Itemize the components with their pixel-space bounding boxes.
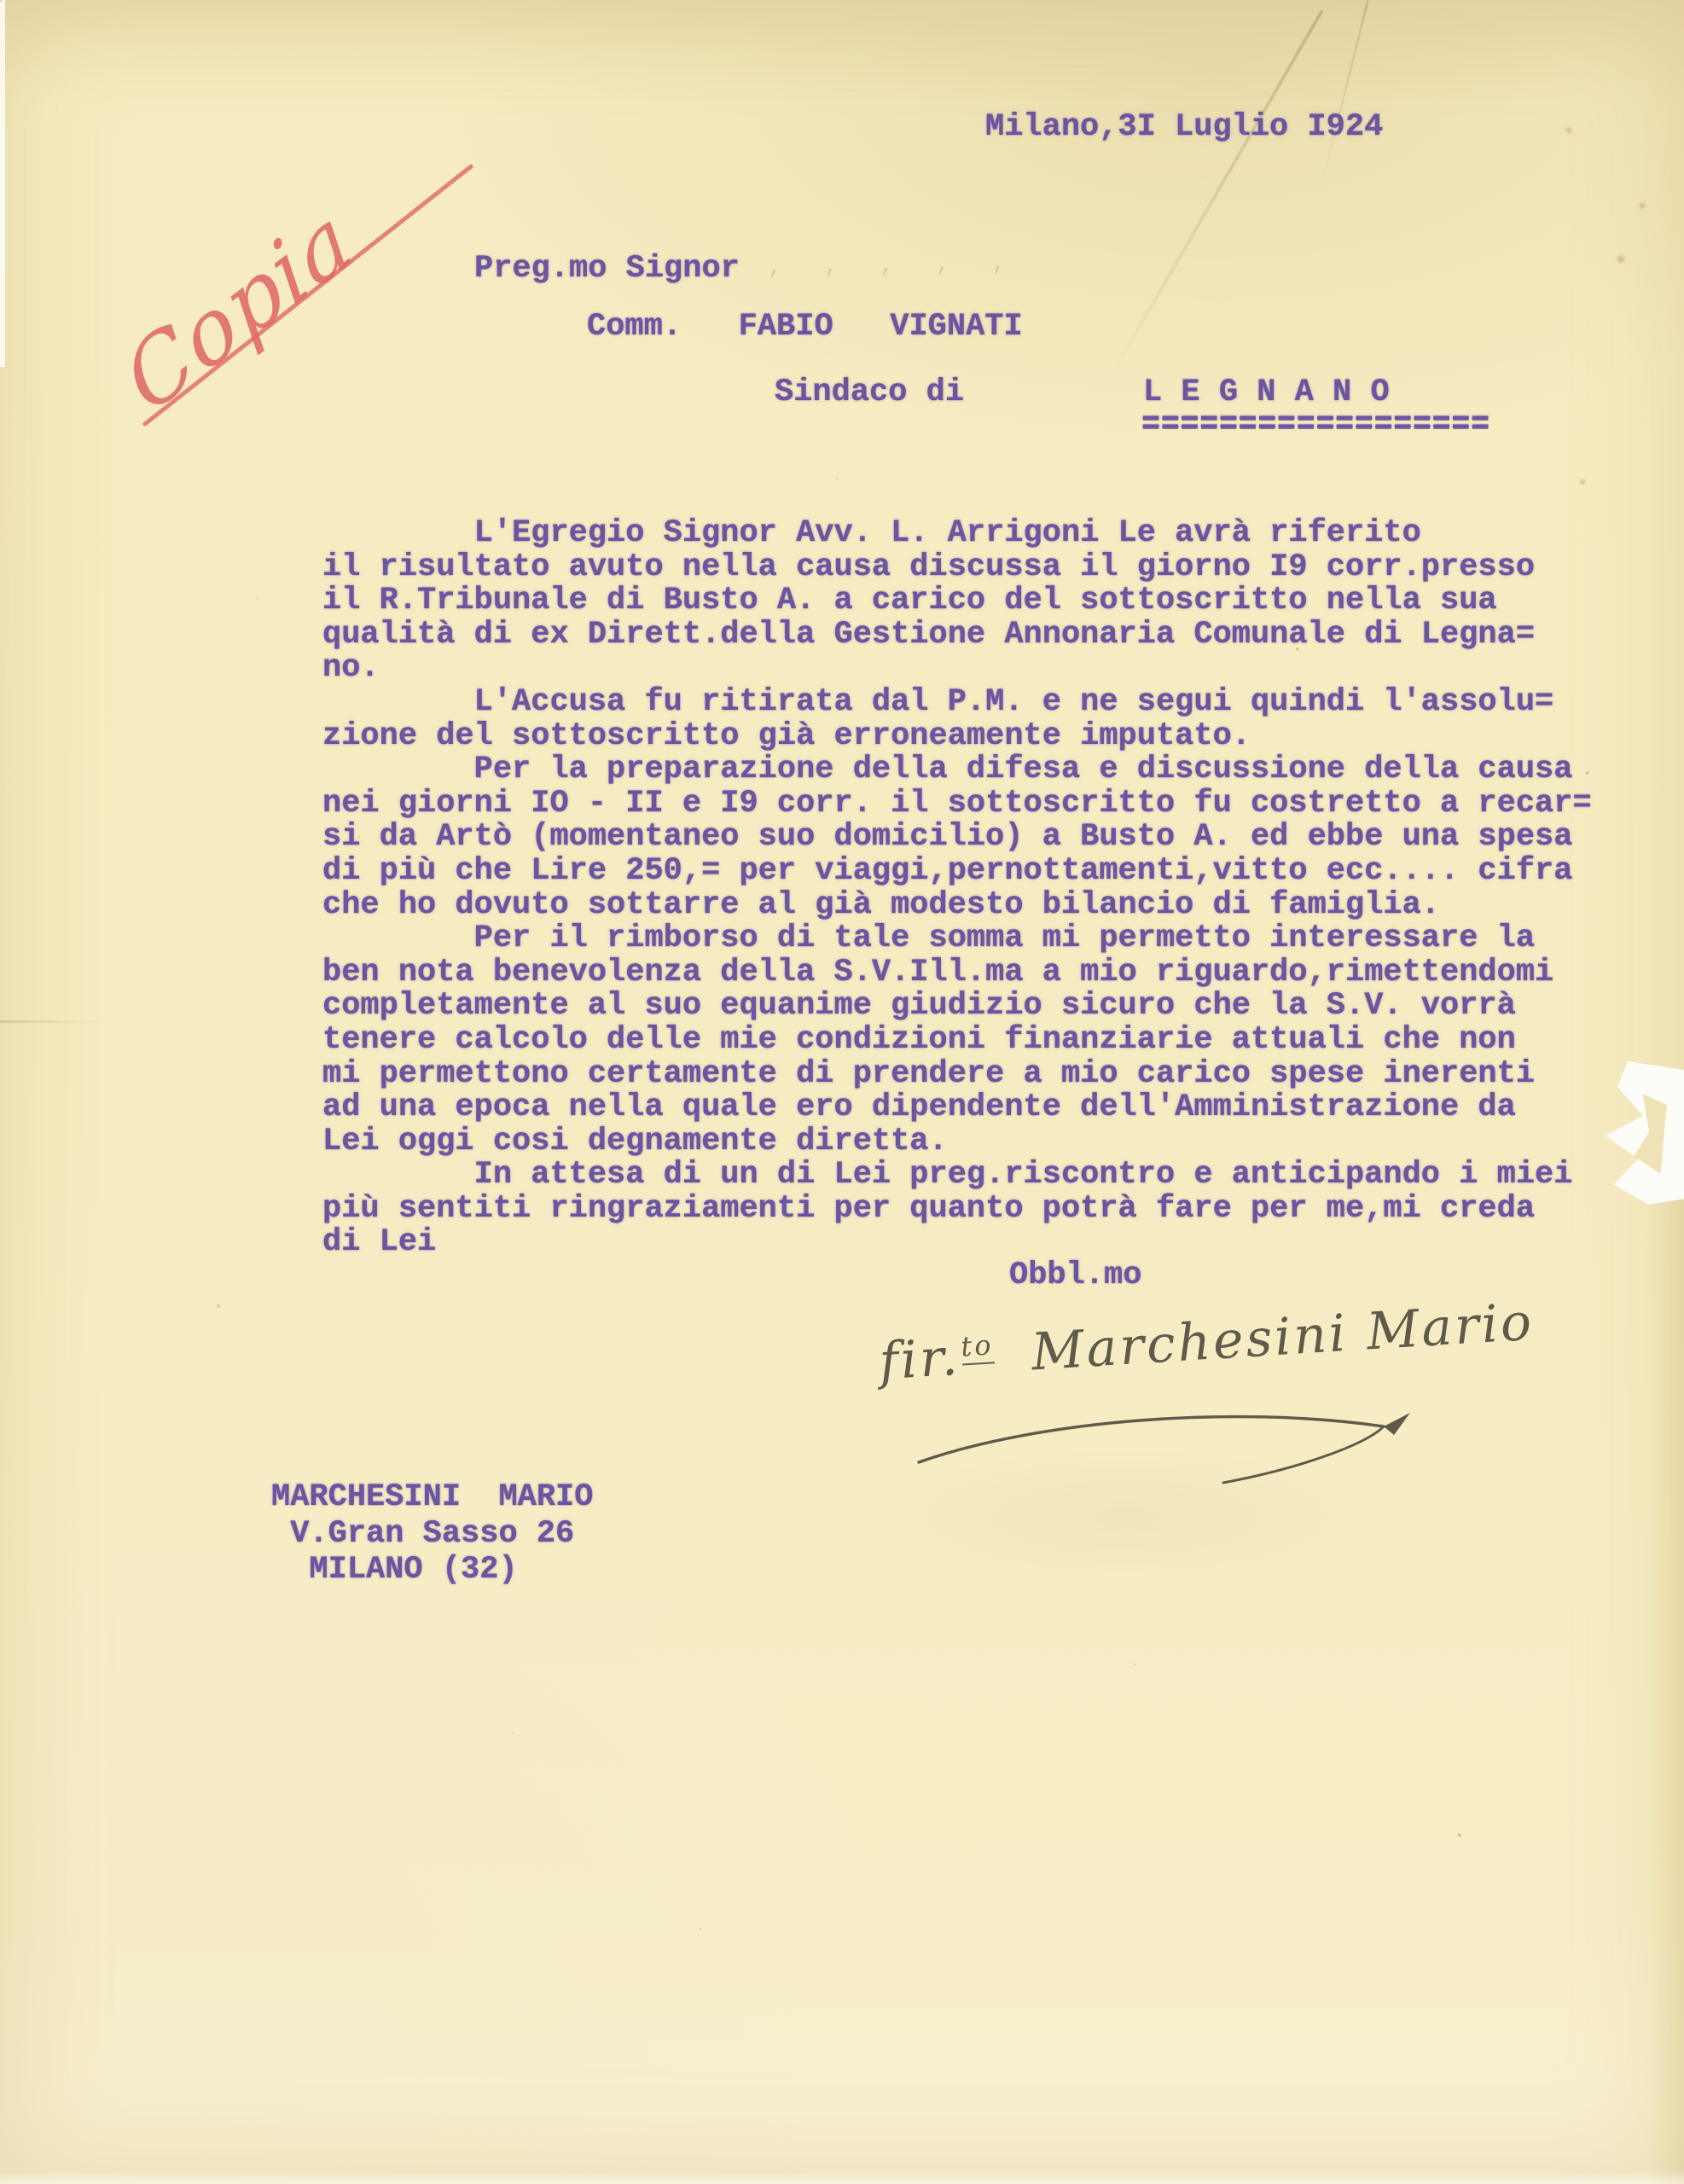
paper-speckles (0, 0, 2, 2)
paper-crease (1107, 9, 1323, 380)
letter-scan: Copia Milano,3I Luglio I924 Preg.mo Sign… (0, 0, 1684, 2184)
copia-handwritten-stamp: Copia (109, 186, 369, 434)
paper-tear (1599, 1061, 1684, 1205)
letter-body: L'Egregio Signor Avv. L. Arrigoni Le avr… (322, 517, 1592, 1260)
paper-crease (0, 1020, 102, 1023)
foxing-spot (1580, 479, 1585, 485)
signature-flourish (897, 1384, 1469, 1520)
recipient-name: Comm. FABIO VIGNATI (587, 311, 1023, 345)
paper-edge-shading (1646, 1177, 1684, 2184)
sender-address-block: MARCHESINI MARIO V.Gran Sasso 26 MILANO … (271, 1479, 593, 1589)
city-underline: ================== (1141, 409, 1490, 443)
recipient-salutation: Preg.mo Signor (474, 253, 740, 287)
foxing-spot (1640, 203, 1645, 208)
recipient-city: L E G N A N O (1143, 376, 1390, 410)
signature-handwriting: fir.to Marchesini Mario (878, 1292, 1536, 1392)
recipient-title: Sindaco di (775, 376, 964, 410)
paper-crease (1321, 0, 1371, 184)
scan-edge-left (0, 0, 5, 367)
closing-obblmo: Obbl.mo (1009, 1259, 1141, 1293)
signature-superscript: to (960, 1328, 995, 1365)
foxing-spot (1617, 256, 1624, 263)
faint-typewriter-impressions: , , , , , (768, 250, 1020, 281)
foxing-spot (1566, 128, 1571, 133)
signature-name: Marchesini Mario (992, 1292, 1536, 1385)
date-line: Milano,3I Luglio I924 (985, 111, 1383, 145)
scan-edge-bottom (0, 2170, 1684, 2184)
signature-prefix: fir. (878, 1327, 962, 1392)
